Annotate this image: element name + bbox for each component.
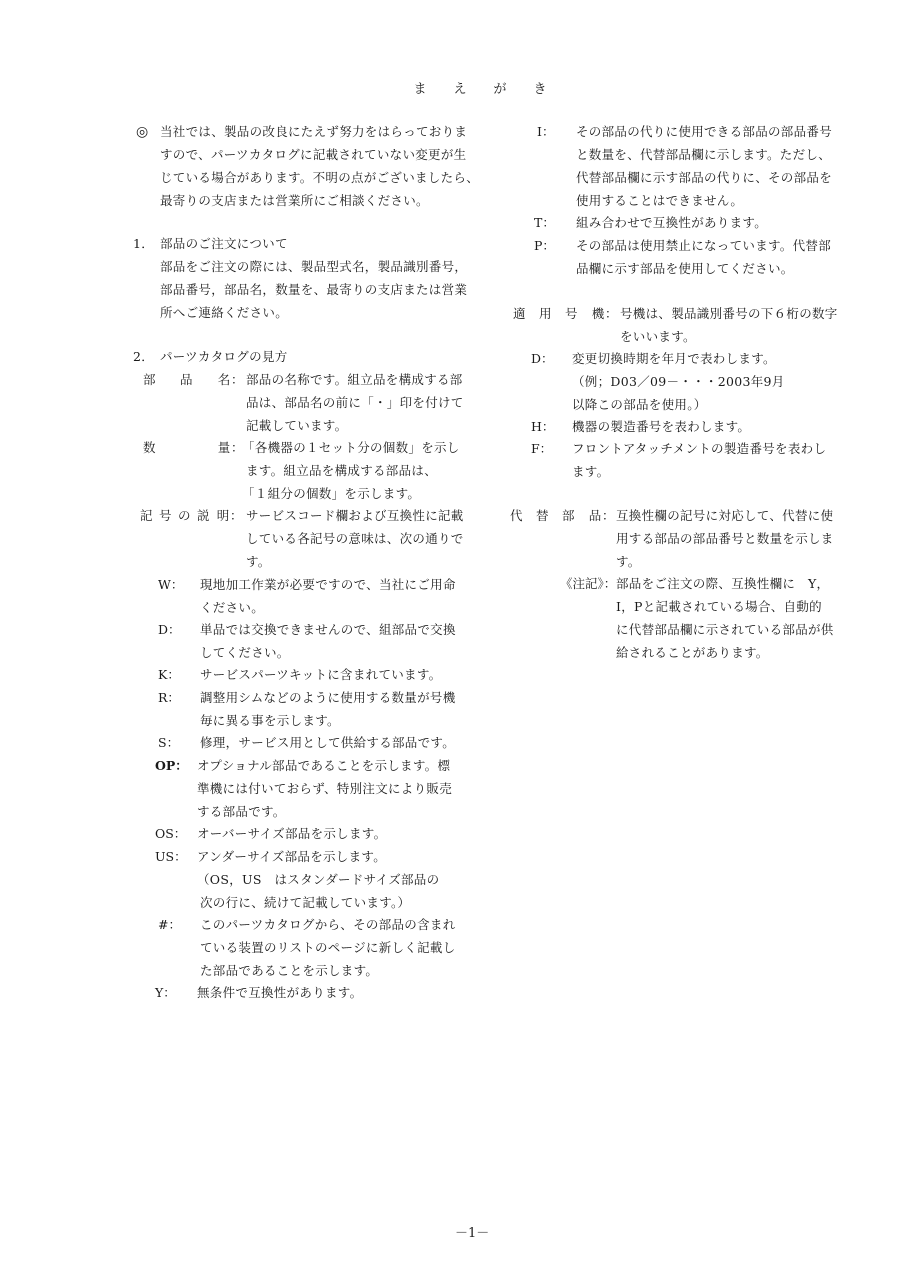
field-text: サービスコード欄および互換性に記載 <box>246 508 464 524</box>
code-text: サービスパーツキットに含まれています。 <box>200 667 441 683</box>
section-number: 1． <box>133 236 154 252</box>
code-text: 次の行に、続けて記載しています。） <box>200 895 410 911</box>
code-text: オーバーサイズ部品を示します。 <box>197 826 386 842</box>
code-text: 準機には付いておらず、特別注文により販売 <box>197 781 452 797</box>
code-text: する部品です。 <box>197 804 286 820</box>
code-text: 修理，サービス用として供給する部品です。 <box>200 735 455 751</box>
code-label: OP： <box>155 758 188 774</box>
code-text: 以降この部品を使用。） <box>572 397 707 413</box>
code-text: ください。 <box>200 600 264 616</box>
code-label: I： <box>537 124 554 140</box>
field-text: 品は、部品名の前に「・」印を付けて <box>246 395 464 411</box>
code-label: P： <box>534 238 555 254</box>
code-text: その部品は使用禁止になっています。代替部 <box>576 238 831 254</box>
code-label: F： <box>531 441 552 457</box>
field-text: ます。組立品を構成する部品は、 <box>246 463 437 479</box>
section-line: 部品番号，部品名，数量を、最寄りの支店または営業 <box>160 282 467 298</box>
code-text: してください。 <box>200 645 290 661</box>
field-label-symbol-legend: 記号の説明： <box>140 508 244 524</box>
code-label: R： <box>158 690 180 706</box>
note-text: 給されることがあります。 <box>616 645 769 661</box>
field-label-quantity: 数量： <box>143 440 243 456</box>
code-label: K： <box>158 667 180 683</box>
code-label: W： <box>158 577 183 593</box>
intro-line: 当社では、製品の改良にたえず努力をはらっておりま <box>160 124 467 140</box>
code-text: 機器の製造番号を表わします。 <box>572 419 750 435</box>
code-label: Y： <box>155 985 176 1001</box>
code-label: S： <box>158 735 179 751</box>
field-text: す。 <box>246 554 271 570</box>
code-label: D： <box>158 622 181 638</box>
field-text: す。 <box>616 554 641 570</box>
code-text: （OS，US はスタンダードサイズ部品の <box>197 872 439 888</box>
intro-line: 最寄りの支店または営業所にご相談ください。 <box>160 193 429 209</box>
field-text: 記載しています。 <box>246 418 347 434</box>
title-char: が <box>480 78 520 97</box>
section-heading: 部品のご注文について <box>160 236 288 252</box>
note-text: I，Pと記載されている場合、自動的 <box>616 599 822 615</box>
code-text: 組み合わせで互換性があります。 <box>576 215 767 231</box>
field-text: 互換性欄の記号に対応して、代替に使 <box>616 508 833 524</box>
code-text: 使用することはできません。 <box>576 193 743 209</box>
intro-line: すので、パーツカタログに記載されていない変更が生 <box>160 147 466 163</box>
code-text: その部品の代りに使用できる部品の部品番号 <box>576 124 832 140</box>
code-text: 変更切換時期を年月で表わします。 <box>572 351 776 367</box>
field-text: している各記号の意味は、次の通りで <box>246 531 464 547</box>
title-char: き <box>520 78 560 97</box>
code-text: オプショナル部品であることを示します。標 <box>197 758 450 774</box>
code-label: OS： <box>155 826 186 842</box>
code-text: と数量を、代替部品欄に示します。ただし、 <box>576 147 831 163</box>
field-text: 「１組分の個数」を示します。 <box>242 486 420 502</box>
section-line: 部品をご注文の際には、製品型式名，製品識別番号， <box>160 259 467 275</box>
note-text: に代替部品欄に示されている部品が供 <box>616 622 834 638</box>
title-char: ま <box>400 78 440 97</box>
code-text: 単品では交換できませんので、組部品で交換 <box>200 622 456 638</box>
page-title: まえがき <box>400 78 560 97</box>
section-number: 2． <box>133 349 154 365</box>
field-text: 用する部品の部品番号と数量を示しま <box>616 531 834 547</box>
section-line: 所へご連絡ください。 <box>160 305 288 321</box>
intro-line: じている場合があります。不明の点がございましたら、 <box>160 170 479 186</box>
code-text: ます。 <box>572 464 609 480</box>
code-text: アンダーサイズ部品を示します。 <box>197 849 386 865</box>
note-text: 部品をご注文の際、互換性欄に Y， <box>616 576 829 592</box>
title-char: え <box>440 78 480 97</box>
code-text: 調整用シムなどのように使用する数量が号機 <box>200 690 456 706</box>
field-text: をいいます。 <box>620 329 696 345</box>
code-label: US： <box>155 849 187 865</box>
code-text: 毎に異る事を示します。 <box>200 713 340 729</box>
double-circle-mark: ◎ <box>136 124 148 140</box>
code-label: #： <box>158 917 181 933</box>
code-text: このパーツカタログから、その部品の含まれ <box>200 917 456 933</box>
code-label: T： <box>534 215 555 231</box>
note-label: 《注記》： <box>560 576 616 592</box>
field-label-part-name: 部品名： <box>143 372 243 388</box>
code-text: 代替部品欄に示す部品の代りに、その部品を <box>576 170 832 186</box>
code-label: D： <box>531 351 554 367</box>
code-text: フロントアタッチメントの製造番号を表わし <box>572 441 826 457</box>
field-text: 部品の名称です。組立品を構成する部 <box>246 372 463 388</box>
page-number: －1－ <box>455 1222 489 1241</box>
field-label-substitute-part: 代替部品： <box>510 508 618 524</box>
field-label-applicable-serial: 適用号機： <box>513 306 621 322</box>
code-text: 品欄に示す部品を使用してください。 <box>576 261 794 277</box>
code-text: 現地加工作業が必要ですので、当社にご用命 <box>200 577 456 593</box>
code-text: た部品であることを示します。 <box>200 963 378 979</box>
code-text: （例；D03／09－・・・2003年9月 <box>572 374 785 390</box>
section-heading: パーツカタログの見方 <box>160 349 288 365</box>
field-text: 「各機器の１セット分の個数」を示し <box>242 440 460 456</box>
code-text: ている装置のリストのページに新しく記載し <box>200 940 456 956</box>
code-text: 無条件で互換性があります。 <box>197 985 362 1001</box>
code-label: H： <box>531 419 554 435</box>
field-text: 号機は、製品識別番号の下６桁の数字 <box>620 306 838 322</box>
